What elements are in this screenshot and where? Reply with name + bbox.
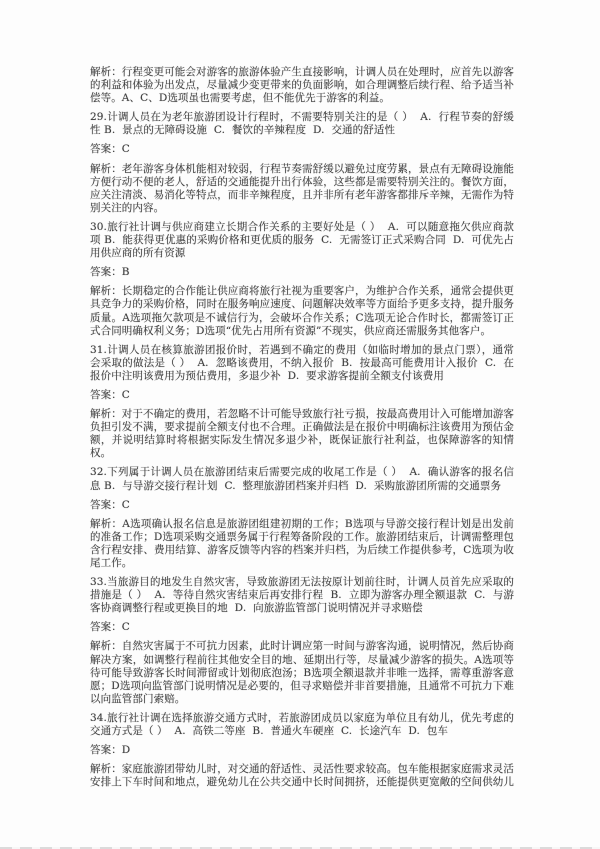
analysis-paragraph-q30: 解析：长期稳定的合作能让供应商将旅行社视为重要客户，为维护合作关系，通常会提供更… (90, 285, 514, 337)
question-text-q31: 31.计调人员在核算旅游团报价时，若遇到不确定的费用（如临时增加的景点门票），通… (90, 344, 514, 383)
answer-line-q30: 答案：B (90, 266, 514, 279)
analysis-paragraph-q29: 解析：老年游客身体机能相对较弱，行程节奏需舒缓以避免过度劳累，景点有无障碍设施能… (90, 163, 514, 215)
question-text-q33: 33.当旅游目的地发生自然灾害，导致旅游团无法按原计划前往时，计调人员首先应采取… (90, 576, 514, 615)
analysis-paragraph-q32: 解析：A选项确认报名信息是旅游团组建初期的工作；B选项与导游交接行程计划是出发前… (90, 518, 514, 570)
analysis-paragraph-q31: 解析：对于不确定的费用，若忽略不计可能导致旅行社亏损，按最高费用计入可能增加游客… (90, 408, 514, 460)
answer-line-q31: 答案：C (90, 389, 514, 402)
answer-line-q34: 答案：D (90, 744, 514, 757)
question-text-q29: 29.计调人员在为老年旅游团设计行程时，不需要特别关注的是（ ） A. 行程节奏… (90, 111, 514, 137)
scanned-exam-page: 解析：行程变更可能会对游客的旅游体验产生直接影响，计调人员在处理时，应首先以游客… (0, 0, 600, 849)
question-text-q34: 34.旅行社计调在选择旅游交通方式时，若旅游团成员以家庭为单位且有幼儿，优先考虑… (90, 712, 514, 738)
analysis-paragraph-q28: 解析：行程变更可能会对游客的旅游体验产生直接影响，计调人员在处理时，应首先以游客… (90, 66, 514, 105)
question-text-q32: 32.下列属于计调人员在旅游团结束后需要完成的收尾工作是（ ） A. 确认游客的… (90, 466, 514, 492)
question-text-q30: 30.旅行社计调与供应商建立长期合作关系的主要好处是（ ） A. 可以随意拖欠供… (90, 221, 514, 260)
answer-line-q32: 答案：C (90, 499, 514, 512)
exam-text-block: 解析：行程变更可能会对游客的旅游体验产生直接影响，计调人员在处理时，应首先以游客… (90, 66, 514, 795)
answer-line-q33: 答案：C (90, 621, 514, 634)
analysis-paragraph-q34: 解析：家庭旅游团带幼儿时，对交通的舒适性、灵活性要求较高。包车能根据家庭需求灵活… (90, 763, 514, 789)
analysis-paragraph-q33: 解析：自然灾害属于不可抗力因素，此时计调应第一时间与游客沟通，说明情况，然后协商… (90, 640, 514, 705)
answer-line-q29: 答案：C (90, 143, 514, 156)
